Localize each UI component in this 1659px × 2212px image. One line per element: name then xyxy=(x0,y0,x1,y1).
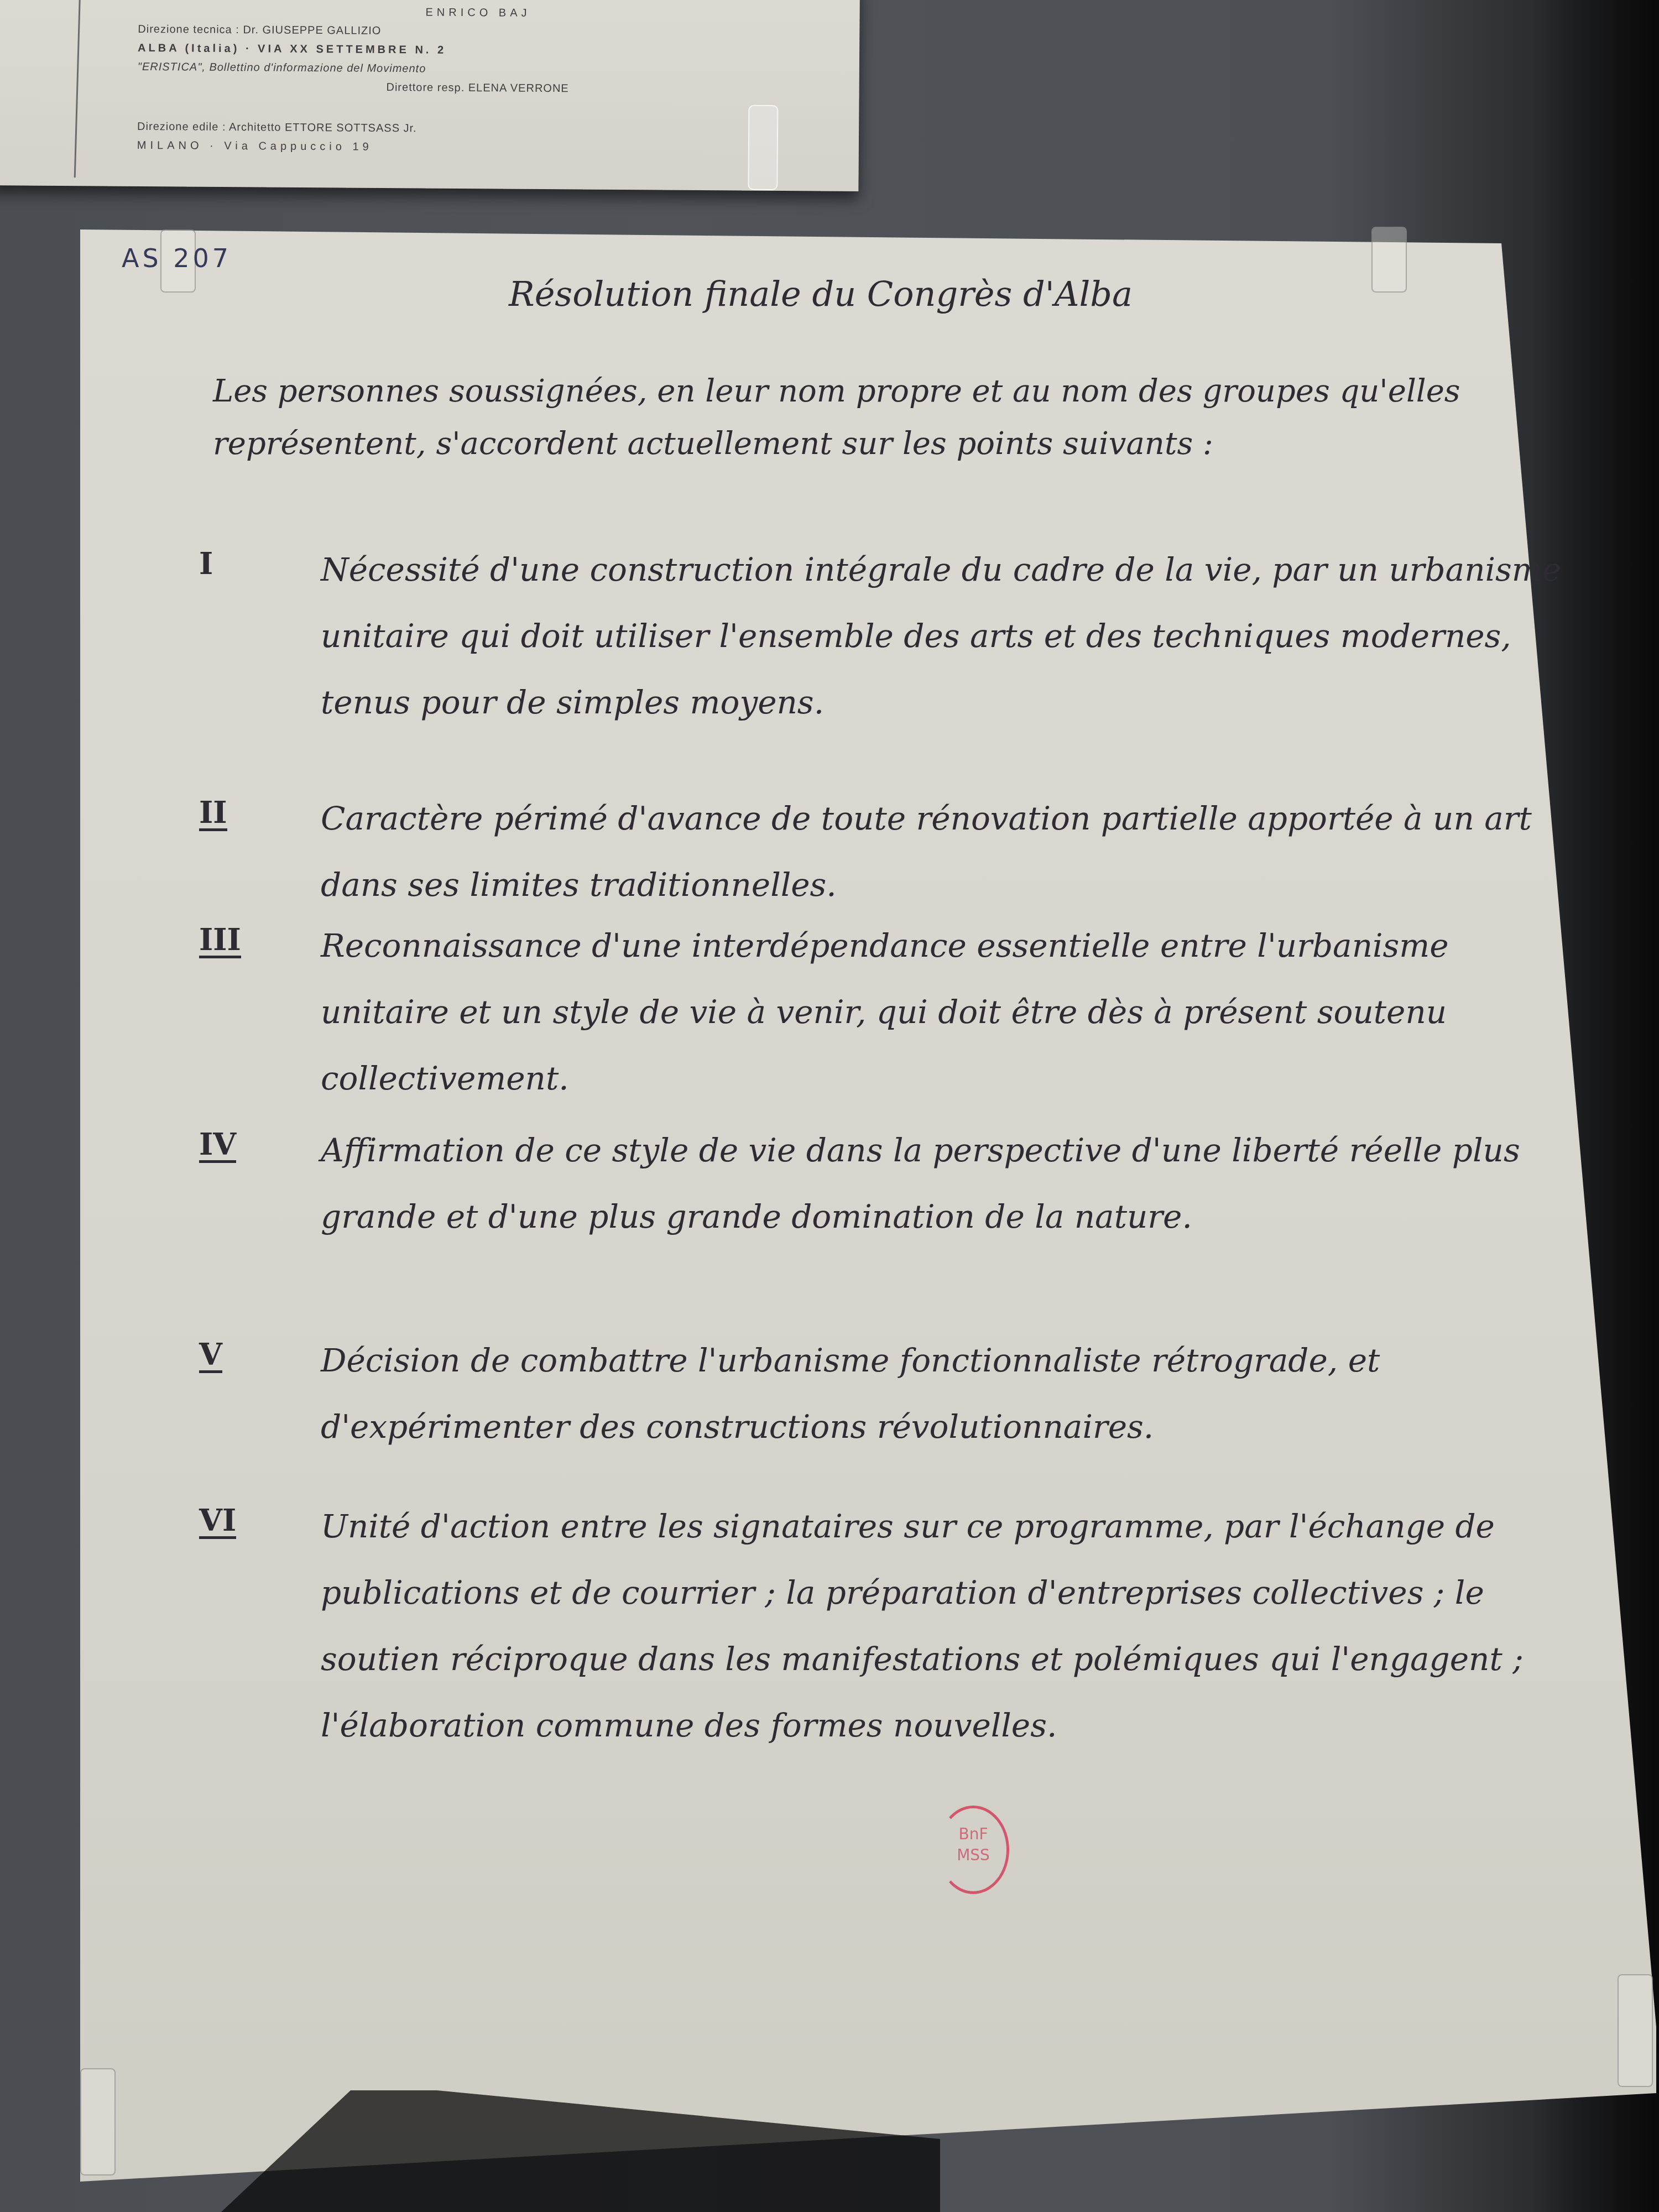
letterhead-card: ENRICO BAJ Direzione tecnica : Dr. GIUSE… xyxy=(0,0,860,191)
stamp-line-1: BnF xyxy=(940,1824,1006,1845)
point-text: Décision de combattre l'urbanisme foncti… xyxy=(321,1327,1582,1460)
letterhead-text: ENRICO BAJ Direzione tecnica : Dr. GIUSE… xyxy=(137,1,774,159)
bnf-library-stamp: BnF MSS xyxy=(937,1806,1009,1894)
point-numeral: VI xyxy=(199,1504,236,1539)
letterhead-line: MILANO · Via Cappuccio 19 xyxy=(137,136,773,159)
point-text: Unité d'action entre les signataires sur… xyxy=(321,1493,1582,1759)
point-text: Caractère périmé d'avance de toute rénov… xyxy=(321,785,1582,918)
stamp-line-2: MSS xyxy=(940,1845,1006,1866)
point-numeral: II xyxy=(199,796,227,831)
mounting-tab xyxy=(748,105,778,190)
mounting-tab xyxy=(1618,1974,1653,2087)
document-title: Résolution finale du Congrès d'Alba xyxy=(509,274,1133,314)
point-numeral: I xyxy=(199,547,213,580)
card-fold-line xyxy=(74,0,81,178)
point-text: Affirmation de ce style de vie dans la p… xyxy=(321,1117,1582,1250)
point-numeral: V xyxy=(199,1338,222,1373)
mounting-tab xyxy=(1371,227,1407,293)
mounting-tab xyxy=(80,2068,116,2176)
point-text: Nécessité d'une construction intégrale d… xyxy=(321,536,1582,735)
letterhead-line: Direttore resp. ELENA VERRONE xyxy=(138,76,774,100)
point-numeral: IV xyxy=(199,1128,236,1163)
document-intro: Les personnes soussignées, en leur nom p… xyxy=(213,365,1485,470)
point-text: Reconnaissance d'une interdépendance ess… xyxy=(321,912,1582,1112)
point-numeral: III xyxy=(199,924,241,958)
catalog-number: AS 207 xyxy=(122,243,232,273)
